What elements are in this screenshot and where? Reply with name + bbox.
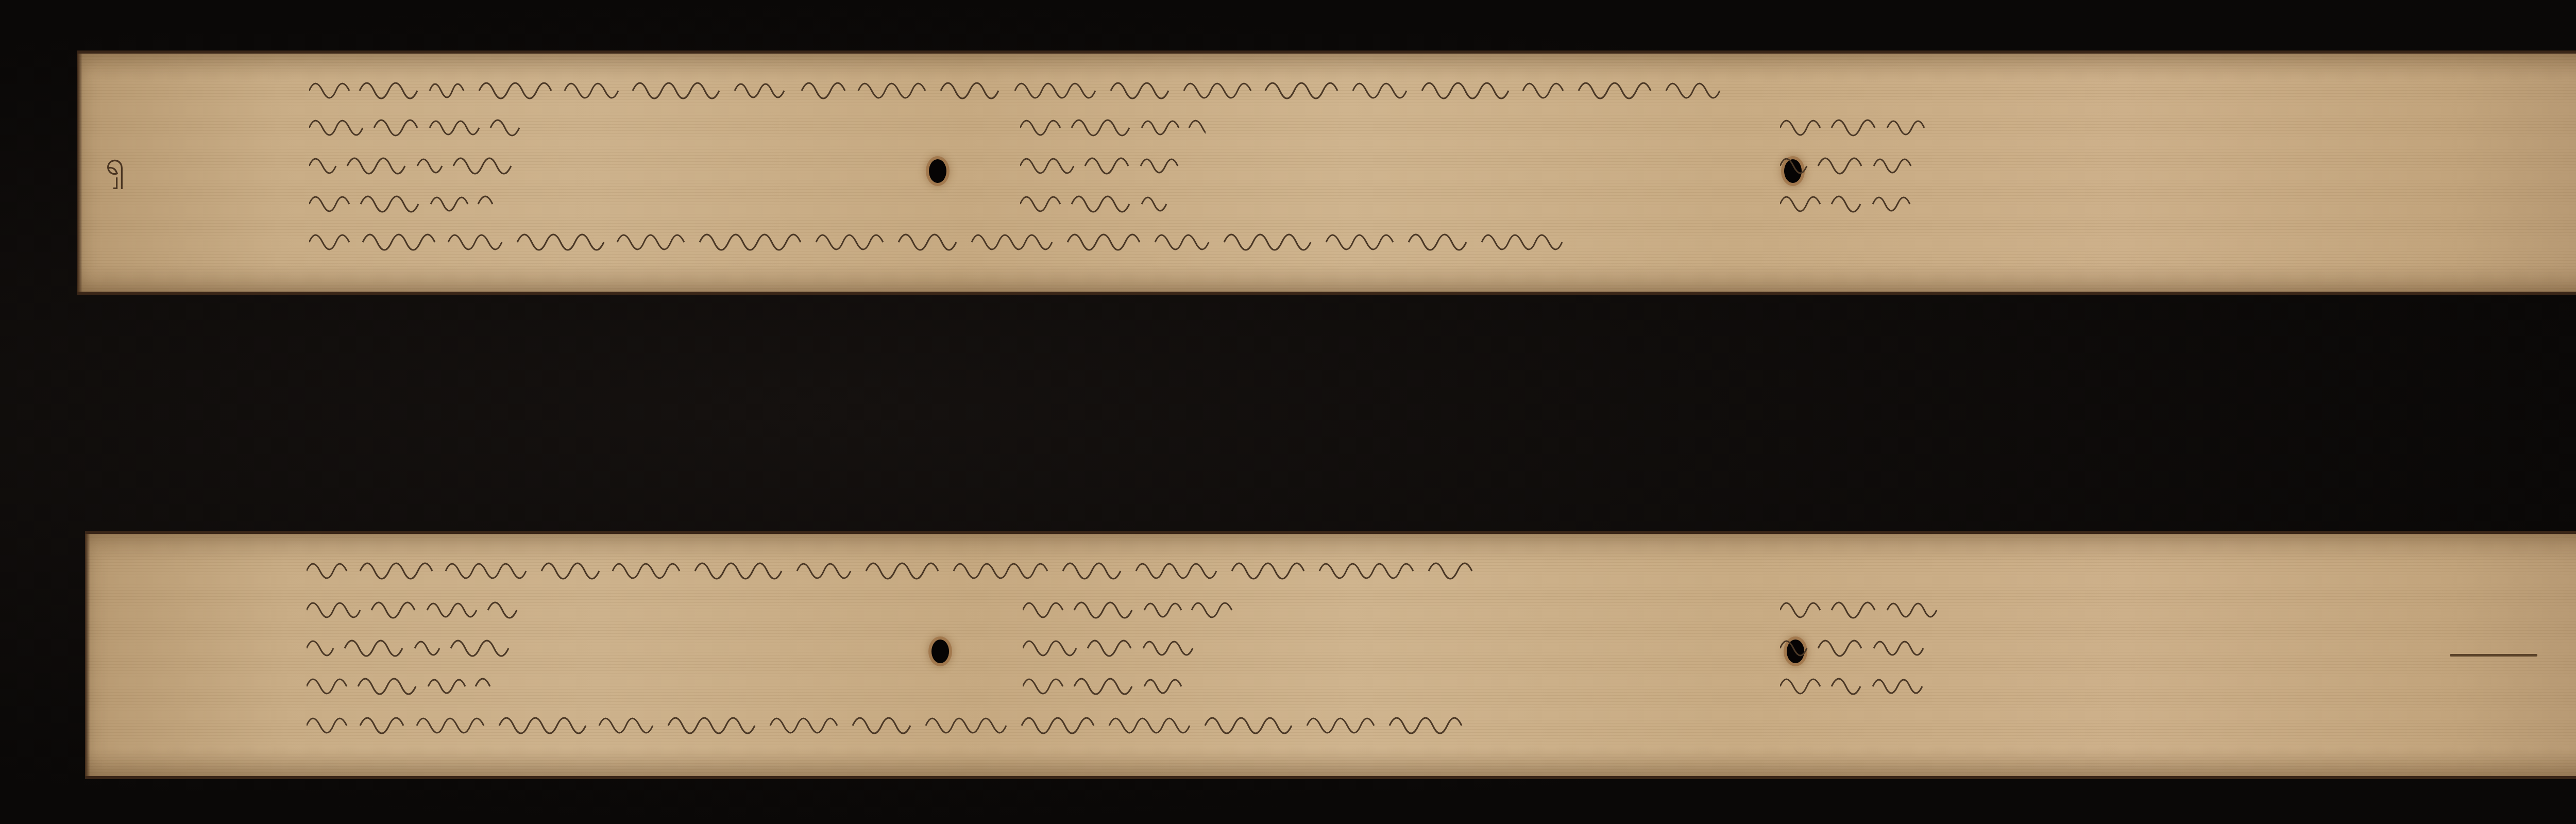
script-line-3-left bbox=[309, 145, 526, 181]
palm-leaf-1: ၡ bbox=[77, 51, 2576, 295]
script-line-2-right bbox=[1780, 107, 1935, 143]
incised-script-strokes bbox=[307, 550, 2094, 586]
script-line-3-right bbox=[1780, 145, 1935, 181]
binding-hole-left bbox=[931, 640, 949, 663]
incised-script-strokes bbox=[1780, 145, 1935, 181]
script-line-4-right bbox=[1780, 666, 1950, 702]
leaf-edge-left bbox=[85, 534, 90, 776]
incised-script-strokes bbox=[1023, 666, 1239, 702]
incised-script-strokes bbox=[307, 705, 2094, 741]
script-line-2-left bbox=[309, 107, 526, 143]
incised-script-strokes bbox=[309, 222, 2097, 258]
incised-script-strokes bbox=[307, 628, 528, 664]
script-line-3-middle bbox=[1023, 628, 1239, 664]
incised-script-strokes bbox=[309, 145, 526, 181]
script-line-2-middle bbox=[1023, 590, 1239, 626]
binding-hole-left bbox=[929, 159, 946, 183]
script-line-3-left bbox=[307, 628, 528, 664]
palm-leaf-2 bbox=[85, 531, 2576, 779]
incised-script-strokes bbox=[1023, 590, 1239, 626]
incised-script-strokes bbox=[309, 107, 526, 143]
incised-script-strokes bbox=[309, 70, 2097, 106]
script-line-4-middle bbox=[1023, 666, 1239, 702]
script-line-2-right bbox=[1780, 590, 1950, 626]
folio-number-mark: ၡ bbox=[106, 147, 125, 180]
script-line-4-right bbox=[1780, 183, 1935, 220]
incised-script-strokes bbox=[1780, 666, 1950, 702]
script-line-4-left bbox=[309, 183, 526, 220]
annotation-mark bbox=[2450, 654, 2537, 657]
script-line-5 bbox=[307, 705, 2094, 741]
incised-script-strokes bbox=[307, 590, 528, 626]
incised-script-strokes bbox=[1020, 107, 1206, 143]
incised-script-strokes bbox=[309, 183, 526, 220]
incised-script-strokes bbox=[1780, 107, 1935, 143]
script-line-4-middle bbox=[1020, 183, 1206, 220]
leaf-edge-left bbox=[77, 54, 82, 292]
incised-script-strokes bbox=[1020, 145, 1206, 181]
incised-script-strokes bbox=[1020, 183, 1206, 220]
script-line-3-right bbox=[1780, 628, 1950, 664]
script-line-2-left bbox=[307, 590, 528, 626]
script-line-1 bbox=[309, 70, 2097, 106]
script-line-1 bbox=[307, 550, 2094, 586]
incised-script-strokes bbox=[307, 666, 528, 702]
script-line-4-left bbox=[307, 666, 528, 702]
incised-script-strokes bbox=[1780, 628, 1950, 664]
incised-script-strokes bbox=[1023, 628, 1239, 664]
script-line-2-middle bbox=[1020, 107, 1206, 143]
script-line-3-middle bbox=[1020, 145, 1206, 181]
incised-script-strokes bbox=[1780, 183, 1935, 220]
incised-script-strokes bbox=[1780, 590, 1950, 626]
script-line-5 bbox=[309, 222, 2097, 258]
